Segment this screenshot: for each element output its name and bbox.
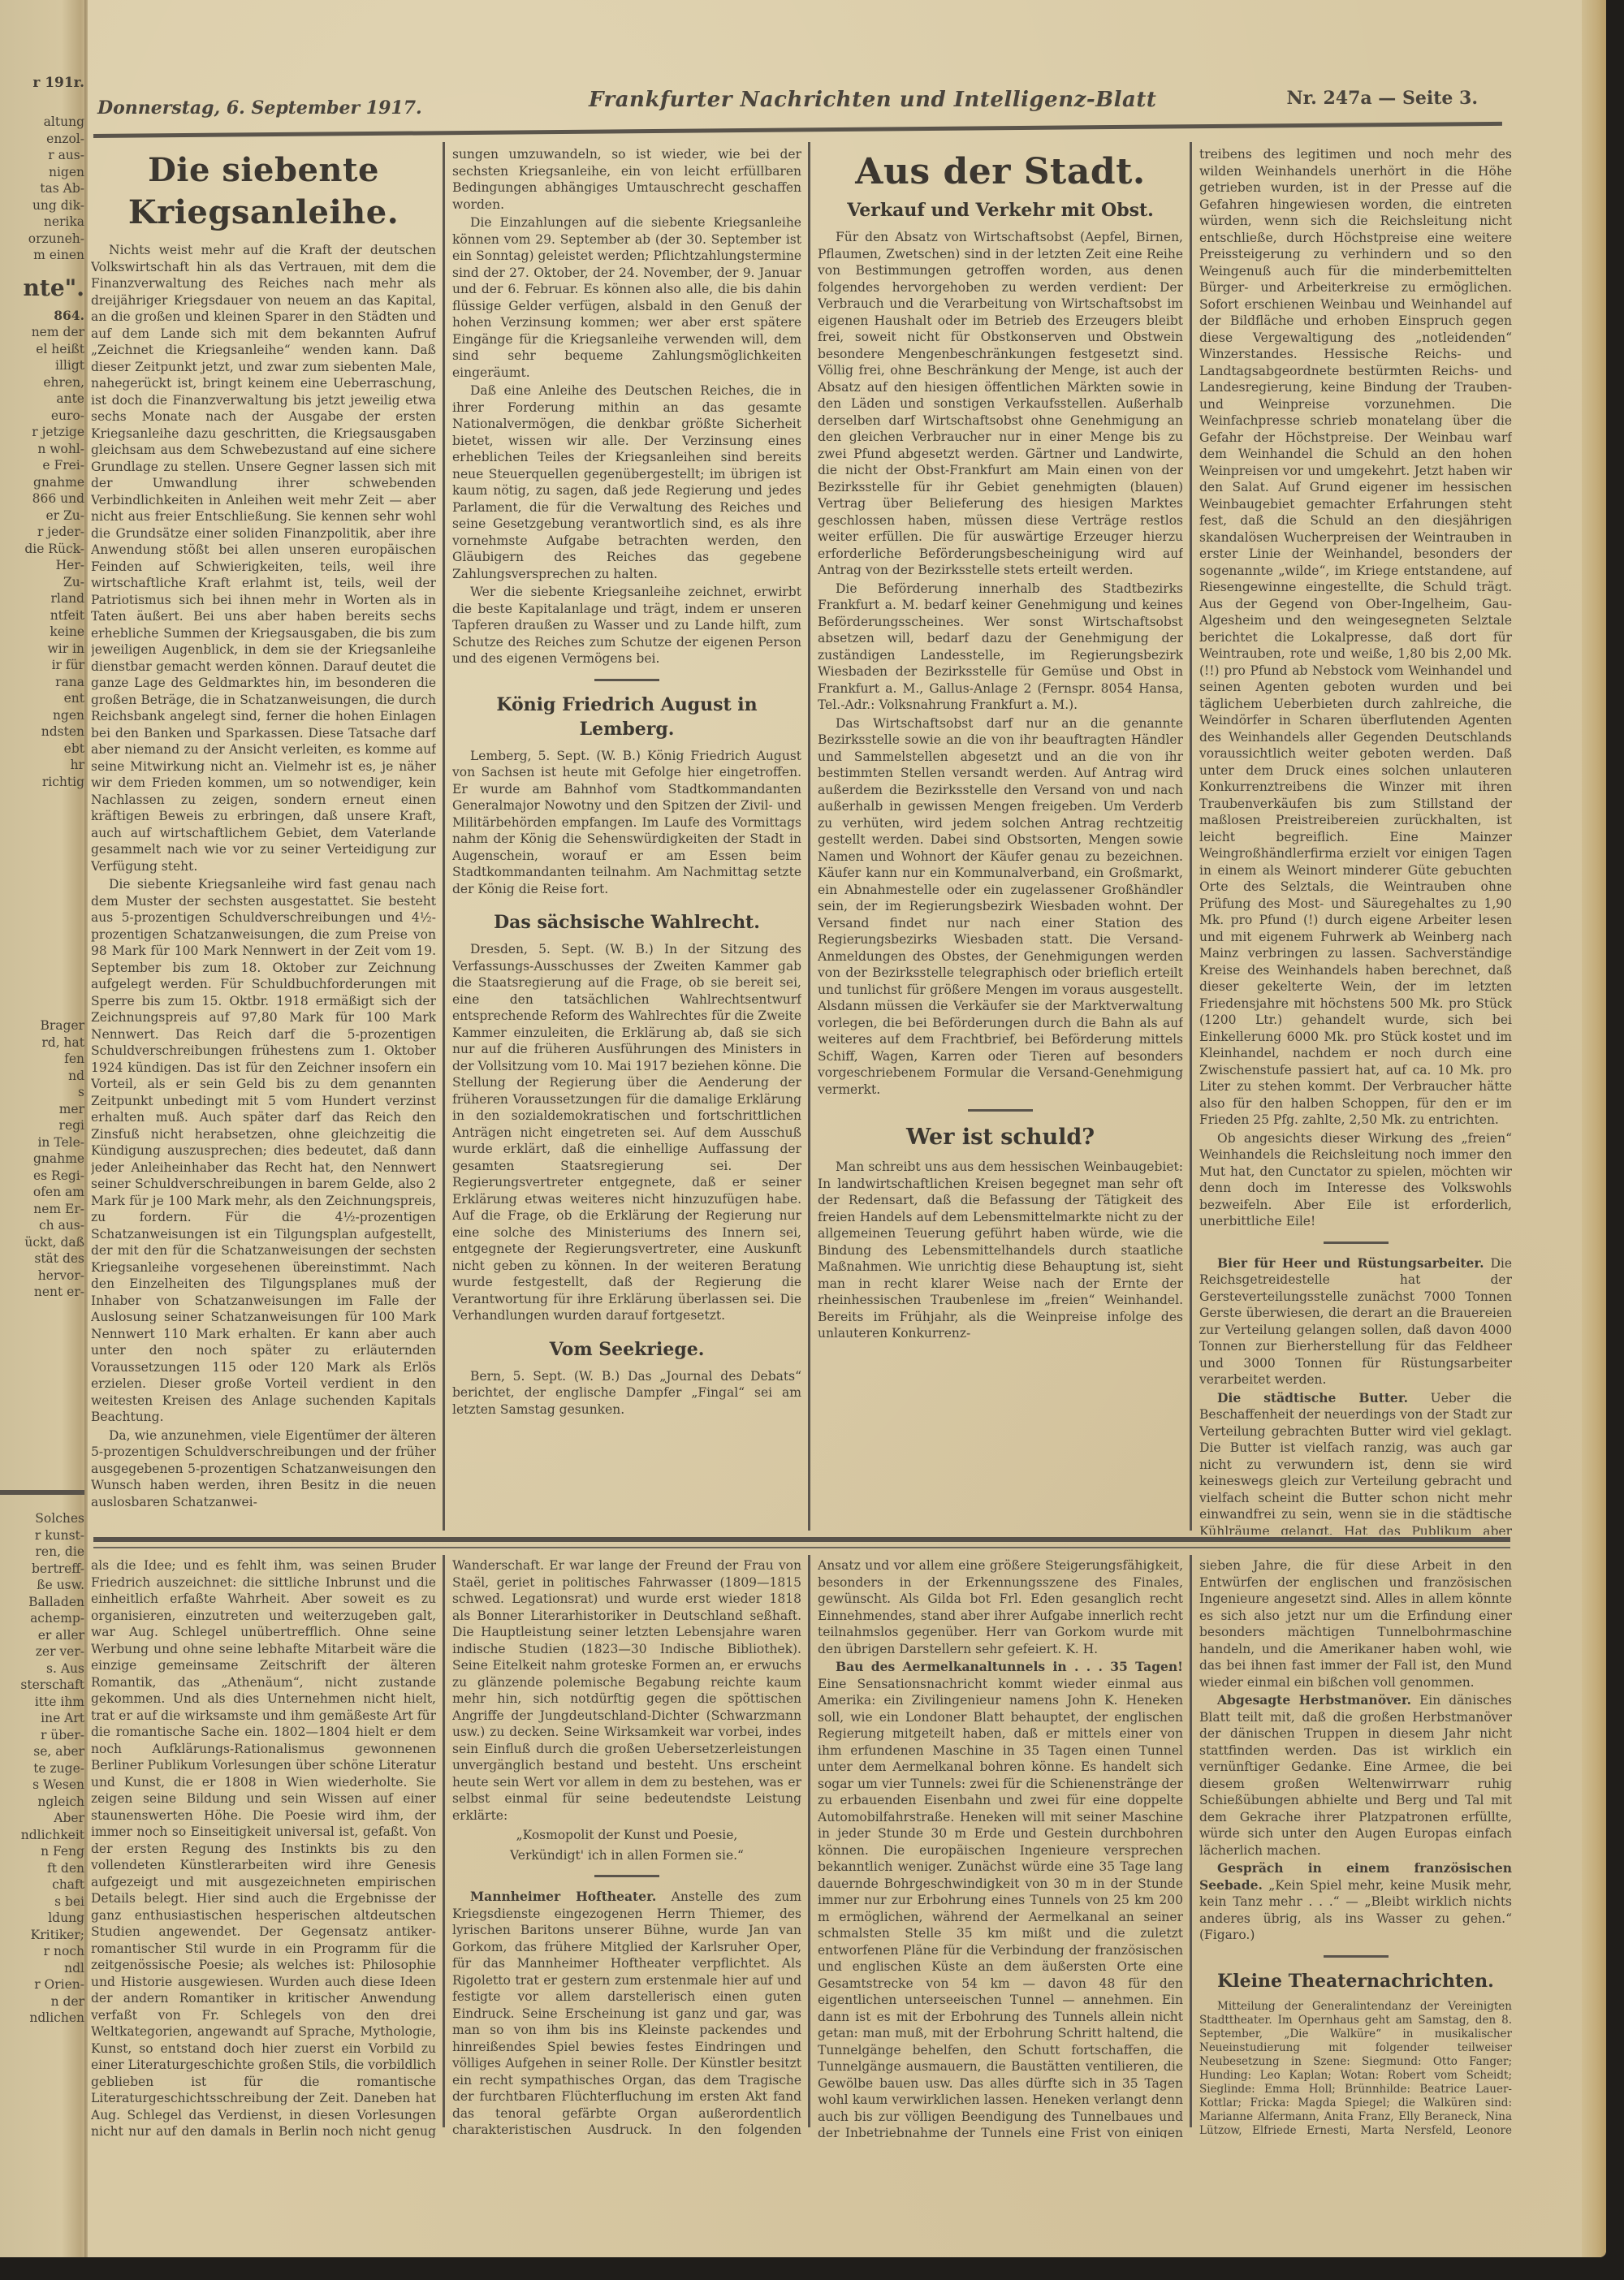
adjacent-text-line: es Regi- (3, 1168, 84, 1185)
adjacent-text-line: fen (3, 1051, 84, 1068)
article-paragraph: Mitteilung der Generalintendanz der Vere… (1199, 2000, 1512, 2139)
adjacent-text-line: n Feng (3, 1843, 84, 1860)
column-3-lower: Ansatz und vor allem eine größere Steige… (818, 1557, 1183, 2138)
section-divider-thin (93, 1547, 1510, 1548)
adjacent-text-line: orzuneh- (3, 231, 84, 248)
article-headline-obst: Verkauf und Verkehr mit Obst. (818, 198, 1183, 222)
column-divider (1190, 142, 1192, 1531)
article-paragraph: Daß eine Anleihe des Deutschen Reiches, … (452, 382, 801, 582)
article-continuation: sieben Jahre, die für diese Arbeit in de… (1199, 1557, 1512, 1691)
column-2-upper: sungen umzuwandeln, so ist wieder, wie b… (452, 146, 801, 1535)
article-headline-wer-ist-schuld: Wer ist schuld? (818, 1123, 1183, 1152)
column-divider (808, 142, 810, 1531)
news-item-lead: Mannheimer Hoftheater. (470, 1889, 656, 1904)
adjacent-text-line: m einen (3, 247, 84, 264)
article-paragraph: Dresden, 5. Sept. (W. B.) In der Sitzung… (452, 941, 801, 1324)
adjacent-text-line: te zuge- (3, 1760, 84, 1777)
adjacent-text-line: Brager (3, 1017, 84, 1034)
news-item-text: Ueber die Beschaffenheit der neuerdings … (1199, 1391, 1512, 1535)
column-divider (1190, 1555, 1192, 2127)
adjacent-text-line: ndlichkeit (3, 1827, 84, 1844)
adjacent-text-line: 866 und (3, 490, 84, 507)
section-divider (93, 1537, 1510, 1542)
adjacent-text-line: euro- (3, 408, 84, 425)
section-title-aus-der-stadt: Aus der Stadt. (818, 149, 1183, 195)
article-paragraph: Die Beförderung innerhalb des Stadtbezir… (818, 581, 1183, 714)
column-3-upper: Aus der Stadt. Verkauf und Verkehr mit O… (818, 146, 1183, 1535)
adjacent-text-line: ebt (3, 741, 84, 758)
news-item-herbstmanoever: Abgesagte Herbstmanöver. Ein dänisches B… (1199, 1692, 1512, 1859)
adjacent-text-line: ft den (3, 1860, 84, 1877)
adjacent-text-line: ante (3, 391, 84, 408)
adjacent-text-line: rd, hat (3, 1034, 84, 1051)
adjacent-text-upper: altungenzol-r aus-nigentas Ab-ung dik-ne… (3, 114, 84, 1301)
article-paragraph: Wer die siebente Kriegsanleihe zeichnet,… (452, 584, 801, 667)
newspaper-title: Frankfurter Nachrichten und Intelligenz-… (589, 88, 1156, 112)
adjacent-text-line: achemp- (3, 1610, 84, 1627)
news-item-lead: Bau des Aermelkanaltunnels in . . . 35 T… (836, 1659, 1183, 1674)
article-headline: Die siebente Kriegsanleihe. (91, 149, 436, 234)
column-divider (443, 1555, 445, 2127)
adjacent-text-line: Zu- (3, 574, 84, 591)
article-paragraph: Das Wirtschaftsobst darf nur an die gena… (818, 715, 1183, 1099)
adjacent-text-line: itte ihm (3, 1694, 84, 1711)
adjacent-text-line: zer ver- (3, 1643, 84, 1660)
adjacent-text-line: se, aber (3, 1743, 84, 1760)
adjacent-text-line: er Zu- (3, 507, 84, 525)
article-continuation: treibens des legitimen und noch mehr des… (1199, 146, 1512, 1129)
adjacent-text-line: r kunst- (3, 1527, 84, 1544)
article-paragraph: Ob angesichts dieser Wirkung des „freien… (1199, 1130, 1512, 1230)
article-continuation: sungen umzuwandeln, so ist wieder, wie b… (452, 146, 801, 213)
adjacent-text-line: chaft (3, 1876, 84, 1894)
adjacent-year-fragment: 864. (3, 308, 84, 325)
article-headline-theater: Kleine Theaternachrichten. (1199, 1969, 1512, 1993)
adjacent-text-line: stät des (3, 1250, 84, 1267)
article-separator (594, 679, 659, 681)
adjacent-text-line: ofen am (3, 1184, 84, 1201)
adjacent-text-line: altung (3, 114, 84, 131)
adjacent-text-line: ren, die (3, 1544, 84, 1561)
adjacent-text-line: ndlichen (3, 2010, 84, 2027)
article-paragraph: Da, wie anzunehmen, viele Eigentümer der… (91, 1427, 436, 1511)
adjacent-text-line: r jeder- (3, 524, 84, 541)
adjacent-text-line: ehren, (3, 374, 84, 391)
adjacent-page-marker: r 191r. (3, 75, 84, 92)
news-item-mannheimer: Mannheimer Hoftheater. Anstelle des zum … (452, 1889, 801, 2138)
newspaper-page: r 191r. altungenzol-r aus-nigentas Ab-un… (0, 0, 1606, 2257)
issue-page-number: Nr. 247a — Seite 3. (1286, 88, 1478, 109)
adjacent-text-line: ße usw. (3, 1577, 84, 1594)
article-paragraph: Bern, 5. Sept. (W. B.) Das „Journal des … (452, 1368, 801, 1419)
adjacent-text-line: s Wesen (3, 1777, 84, 1794)
adjacent-text-line: Kritiker; (3, 1927, 84, 1944)
adjacent-text-line: er aller (3, 1627, 84, 1644)
adjacent-text-line: ngleich (3, 1794, 84, 1811)
column-divider (443, 142, 445, 1531)
issue-date: Donnerstag, 6. September 1917. (97, 97, 422, 119)
adjacent-text-line: r jetzige (3, 424, 84, 441)
article-separator (1324, 1955, 1389, 1958)
adjacent-text-line: nem der (3, 324, 84, 341)
adjacent-text-line: r noch (3, 1943, 84, 1960)
article-separator (594, 1875, 659, 1877)
adjacent-text-line: enzol- (3, 131, 84, 148)
adjacent-text-line: ückt, daß (3, 1234, 84, 1251)
adjacent-text-line: nigen (3, 164, 84, 181)
adjacent-text-line: rana (3, 674, 84, 691)
adjacent-text-line: n wohl- (3, 441, 84, 458)
article-continuation: als die Idee; und es fehlt ihm, was sein… (91, 1557, 436, 2138)
news-item-bier: Bier für Heer und Rüstungsarbeiter. Die … (1199, 1255, 1512, 1388)
adjacent-text-line: bertreff- (3, 1561, 84, 1578)
adjacent-text-line: nd (3, 1068, 84, 1085)
adjacent-text-line: n der (3, 1993, 84, 2010)
adjacent-text-line: tas Ab- (3, 180, 84, 197)
news-item-text: Die Reichsgetreidestelle hat der Gerstev… (1199, 1256, 1512, 1388)
article-headline-friedrich-august: König Friedrich August in Lemberg. (452, 693, 801, 741)
adjacent-text-line: hr (3, 757, 84, 774)
article-headline-seekriege: Vom Seekriege. (452, 1337, 801, 1362)
page-edge (1582, 0, 1606, 2257)
adjacent-text-line: Her- (3, 557, 84, 574)
article-kriegsanleihe: Die siebente Kriegsanleihe. Nichts weist… (91, 146, 436, 1535)
adjacent-text-line: e Frei- (3, 457, 84, 474)
adjacent-text-line: ngen (3, 707, 84, 724)
article-paragraph: Man schreibt uns aus dem hessischen Wein… (818, 1159, 1183, 1342)
adjacent-text-line: regi (3, 1117, 84, 1134)
adjacent-text-line: s. Aus (3, 1660, 84, 1678)
adjacent-text-line: in Tele- (3, 1134, 84, 1151)
article-separator (968, 1109, 1033, 1112)
article-continuation: Ansatz und vor allem eine größere Steige… (818, 1557, 1183, 1657)
adjacent-text-line: ndsten (3, 723, 84, 741)
adjacent-page-fragment: r 191r. altungenzol-r aus-nigentas Ab-un… (0, 0, 88, 2257)
adjacent-text-line: gnahme (3, 474, 84, 491)
article-headline-wahlrecht: Das sächsische Wahlrecht. (452, 910, 801, 935)
adjacent-text-line: richtig (3, 774, 84, 791)
adjacent-text-line: Balladen (3, 1594, 84, 1611)
adjacent-text-line: r über- (3, 1727, 84, 1744)
adjacent-text-bottom: Solchesr kunst-ren, diebertreff-ße usw.B… (3, 1510, 84, 2027)
feuilleton-schlegel-part2: Wanderschaft. Er war lange der Freund de… (452, 1557, 801, 2138)
adjacent-text-line: ldung (3, 1910, 84, 1927)
news-item-text: Eine Sensationsnachricht kommt wieder ei… (818, 1677, 1183, 2139)
adjacent-text-line: s bei (3, 1894, 84, 1911)
adjacent-rule (0, 1490, 84, 1495)
adjacent-text-line: ung dik- (3, 197, 84, 214)
article-separator (1324, 1241, 1389, 1244)
article-paragraph: Lemberg, 5. Sept. (W. B.) König Friedric… (452, 748, 801, 898)
news-item-butter: Die städtische Butter. Ueber die Beschaf… (1199, 1390, 1512, 1535)
adjacent-text-line: r Orien- (3, 1976, 84, 1993)
adjacent-text-line: hervor- (3, 1267, 84, 1285)
adjacent-text-line: illigt (3, 357, 84, 374)
poem-line: Verkündigt' ich in allen Formen sie.“ (452, 1847, 801, 1864)
adjacent-text-line: rland (3, 590, 84, 607)
adjacent-text-line: nerika (3, 214, 84, 231)
adjacent-heading-fragment: nte". (3, 272, 84, 304)
adjacent-text-line: ntfeit (3, 607, 84, 624)
article-paragraph: Die Einzahlungen auf die siebente Kriegs… (452, 214, 801, 381)
column-4-upper: treibens des legitimen und noch mehr des… (1199, 146, 1512, 1535)
adjacent-text-line: gnahme (3, 1151, 84, 1168)
news-item-lead: Abgesagte Herbstmanöver. (1217, 1692, 1411, 1708)
adjacent-text-line: keine (3, 624, 84, 641)
feuilleton-schlegel-part1: als die Idee; und es fehlt ihm, was sein… (91, 1557, 436, 2138)
article-paragraph: Nichts weist mehr auf die Kraft der deut… (91, 242, 436, 874)
article-paragraph: Die siebente Kriegsanleihe wird fast gen… (91, 876, 436, 1426)
news-item-text: Ein dänisches Blatt teilt mit, daß die g… (1199, 1693, 1512, 1858)
news-item-seebad: Gespräch in einem französischen Seebade.… (1199, 1860, 1512, 1944)
adjacent-text-line: el heißt (3, 341, 84, 358)
adjacent-text-line: ir für (3, 657, 84, 674)
adjacent-text-line: Aber (3, 1810, 84, 1827)
adjacent-text-line: ndl (3, 1960, 84, 1977)
adjacent-text-line: r aus- (3, 147, 84, 164)
adjacent-text-line: mer (3, 1101, 84, 1118)
adjacent-text-line: sterschaft (3, 1677, 84, 1694)
poem-line: „Kosmopolit der Kunst und Poesie, (452, 1827, 801, 1844)
adjacent-text-line: nem Er- (3, 1201, 84, 1218)
article-paragraph: Für den Absatz von Wirtschaftsobst (Aepf… (818, 229, 1183, 579)
column-divider (808, 1555, 810, 2127)
adjacent-text-line: die Rück- (3, 541, 84, 558)
news-item-text: Anstelle des zum Kriegsdienste eingezoge… (452, 1889, 801, 2138)
news-item-lead: Bier für Heer und Rüstungsarbeiter. (1217, 1255, 1484, 1271)
adjacent-text-line: wir in (3, 641, 84, 658)
adjacent-text-line: ent (3, 690, 84, 707)
adjacent-text-line: ine Art (3, 1710, 84, 1727)
news-item-lead: Die städtische Butter. (1217, 1390, 1408, 1406)
page-fold-shadow (84, 0, 88, 2257)
article-continuation: Wanderschaft. Er war lange der Freund de… (452, 1557, 801, 1824)
column-4-lower: sieben Jahre, die für diese Arbeit in de… (1199, 1557, 1512, 2138)
adjacent-text-line: s (3, 1084, 84, 1101)
news-item-aermelkanal: Bau des Aermelkanaltunnels in . . . 35 T… (818, 1659, 1183, 2138)
adjacent-text-line: ch aus- (3, 1217, 84, 1234)
adjacent-text-line: Solches (3, 1510, 84, 1527)
adjacent-text-line: nent er- (3, 1284, 84, 1301)
